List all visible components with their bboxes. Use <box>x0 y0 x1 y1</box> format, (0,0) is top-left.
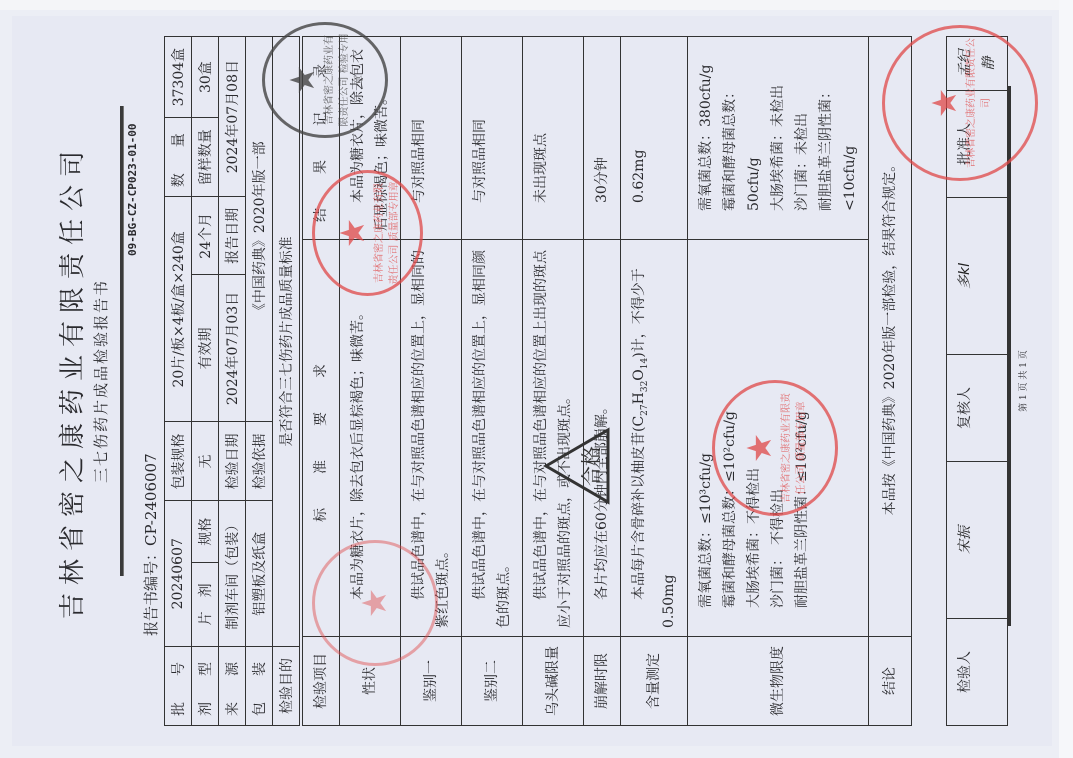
std-sub: 32 <box>640 381 650 392</box>
package-label: 包 装 <box>246 647 273 726</box>
inspection-report-page: 吉林省密之康药业有限责任公司 三七伤药片成品检验报告书 09-BG-CZ-CP0… <box>12 16 1052 746</box>
test-standard: 本品每片含骨碎补以柚皮苷(C27H32O14)计，不得少于0.50mg <box>621 240 688 637</box>
res-line: 耐胆盐革兰阴性菌：<10cfu/g <box>814 45 862 211</box>
std-text: O <box>631 369 647 380</box>
star-icon: ★ <box>358 588 392 618</box>
batch-label: 批 号 <box>165 647 192 726</box>
form-label: 剂 型 <box>192 647 219 726</box>
expiry-label: 有效期 <box>192 275 219 422</box>
std-text: H <box>631 392 647 404</box>
retain-value: 30盒 <box>192 37 219 118</box>
company-seal: ★ 吉林省密之康药业有限责任公司 <box>882 25 1038 181</box>
info-row-1: 批 号 20240607 包装规格 20片/板×4板/盒×240盒 数 量 37… <box>165 37 192 726</box>
test-row: 崩解时限 各片均应在60分钟内全部崩解。 30分钟 <box>584 37 621 726</box>
res-line: 沙门菌：未检出 <box>790 45 814 211</box>
test-row: 乌头碱限量 供试品色谱中，在与对照品色谱相应的位置上出现的斑点应小于对照品的斑点… <box>523 37 584 726</box>
company-seal-text: 吉林省密之康药业有限责任公司 <box>962 28 992 178</box>
form-value: 片 剂 <box>192 562 219 646</box>
std-text: 本品每片含骨碎补以柚皮苷(C <box>631 416 647 600</box>
product-info-table: 批 号 20240607 包装规格 20片/板×4板/盒×240盒 数 量 37… <box>164 36 300 726</box>
info-row-5: 检验目的 是否符合三七伤药片成品质量标准 <box>273 37 300 726</box>
test-date-label: 检验日期 <box>219 422 246 501</box>
std-sub: 27 <box>640 404 650 415</box>
reviewer-signature: 多kl <box>947 198 1008 355</box>
info-row-4: 包 装 铝塑板及纸盒 检验依据 《中国药典》2020年版一部 <box>246 37 273 726</box>
source-label: 来 源 <box>219 647 246 726</box>
test-result: 0.62mg <box>621 37 688 240</box>
test-standard: 供试品色谱中，在与对照品色谱相应的位置上，显相同颜色的斑点。 <box>462 240 523 637</box>
header-rule <box>120 106 124 576</box>
res-line: 需氧菌总数：380cfu/g <box>694 45 718 211</box>
test-item: 含量测定 <box>621 637 688 726</box>
info-row-3: 来 源 制剂车间（包装） 检验日期 2024年07月03日 报告日期 2024年… <box>219 37 246 726</box>
info-row-2: 剂 型 片 剂 规格 无 有效期 24个月 留样数量 30盒 <box>192 37 219 726</box>
scan-right-edge <box>1059 0 1073 758</box>
inspector-signature: 宋振 <box>947 462 1008 619</box>
test-row: 含量测定 本品每片含骨碎补以柚皮苷(C27H32O14)计，不得少于0.50mg… <box>621 37 688 726</box>
batch-value: 20240607 <box>165 501 192 647</box>
report-number-label: 报告书编号： <box>142 546 160 636</box>
star-icon: ★ <box>743 433 777 463</box>
scan-top-edge <box>0 0 1073 10</box>
footer-rule <box>1008 86 1011 626</box>
test-result: 30分钟 <box>584 37 621 240</box>
svg-text:合格: 合格 <box>579 446 603 486</box>
test-item: 鉴别二 <box>462 637 523 726</box>
test-date-value: 2024年07月03日 <box>219 275 246 422</box>
qc-stamp-text: 吉林省密之康药业有限责任公司 检验专用章 <box>320 25 365 135</box>
test-row: 鉴别二 供试品色谱中，在与对照品色谱相应的位置上，显相同颜色的斑点。 与对照品相… <box>462 37 523 726</box>
test-result: 与对照品相同 <box>462 37 523 240</box>
res-line: 霉菌和酵母菌总数：50cfu/g <box>718 45 766 211</box>
test-item: 微生物限度 <box>687 637 868 726</box>
basis-label: 检验依据 <box>246 422 273 501</box>
std-sub: 14 <box>640 358 650 369</box>
qa-stamp-text: 吉林省密之康药业有限责任公司 质量部专用章 <box>777 383 807 513</box>
report-date-label: 报告日期 <box>219 197 246 275</box>
star-icon: ★ <box>336 218 370 248</box>
test-item: 乌头碱限量 <box>523 637 584 726</box>
qc-inspection-stamp: ★ 吉林省密之康药业有限责任公司 检验专用章 <box>262 22 388 138</box>
test-item: 崩解时限 <box>584 637 621 726</box>
report-subtitle: 三七伤药片成品检验报告书 <box>90 16 111 746</box>
conclusion-label: 结论 <box>868 637 911 726</box>
spec-label: 规格 <box>192 501 219 562</box>
star-icon: ★ <box>286 65 320 95</box>
qty-value: 37304盒 <box>165 37 192 118</box>
qa-stamp-text: 吉林省密之康药业有限责任公司 质量部专用章 <box>370 173 400 293</box>
inspector-label: 检验人 <box>947 619 1008 726</box>
qa-stamp-2: ★ 吉林省密之康药业有限责任公司 质量部专用章 <box>712 380 838 516</box>
retain-label: 留样数量 <box>192 118 219 197</box>
qty-label: 数 量 <box>165 118 192 197</box>
expiry-value: 24个月 <box>192 197 219 275</box>
package-value: 铝塑板及纸盒 <box>246 501 273 647</box>
res-line: 大肠埃希菌：未检出 <box>766 45 790 211</box>
report-number: 报告书编号：CP-2406007 <box>140 453 161 636</box>
report-number-value: CP-2406007 <box>142 453 160 546</box>
qualified-triangle-icon: 合格 <box>542 426 612 506</box>
test-result: 需氧菌总数：380cfu/g 霉菌和酵母菌总数：50cfu/g 大肠埃希菌：未检… <box>687 37 868 240</box>
company-title: 吉林省密之康药业有限责任公司 <box>52 16 89 746</box>
form-code: 09-BG-CZ-CP023-01-00 <box>126 124 139 256</box>
reviewer-label: 复核人 <box>947 355 1008 462</box>
star-icon: ★ <box>928 88 962 118</box>
spec-value: 无 <box>192 422 219 501</box>
report-date-value: 2024年07月08日 <box>219 37 246 197</box>
pack-spec-value: 20片/板×4板/盒×240盒 <box>165 197 192 422</box>
pack-spec-label: 包装规格 <box>165 422 192 501</box>
result-stamp: ★ <box>312 540 438 666</box>
qa-stamp: ★ 吉林省密之康药业有限责任公司 质量部专用章 <box>312 170 423 296</box>
qualified-stamp: 合格 <box>542 426 612 506</box>
test-result: 未出现斑点 <box>523 37 584 240</box>
source-value: 制剂车间（包装） <box>219 501 246 647</box>
purpose-label: 检验目的 <box>273 647 300 726</box>
